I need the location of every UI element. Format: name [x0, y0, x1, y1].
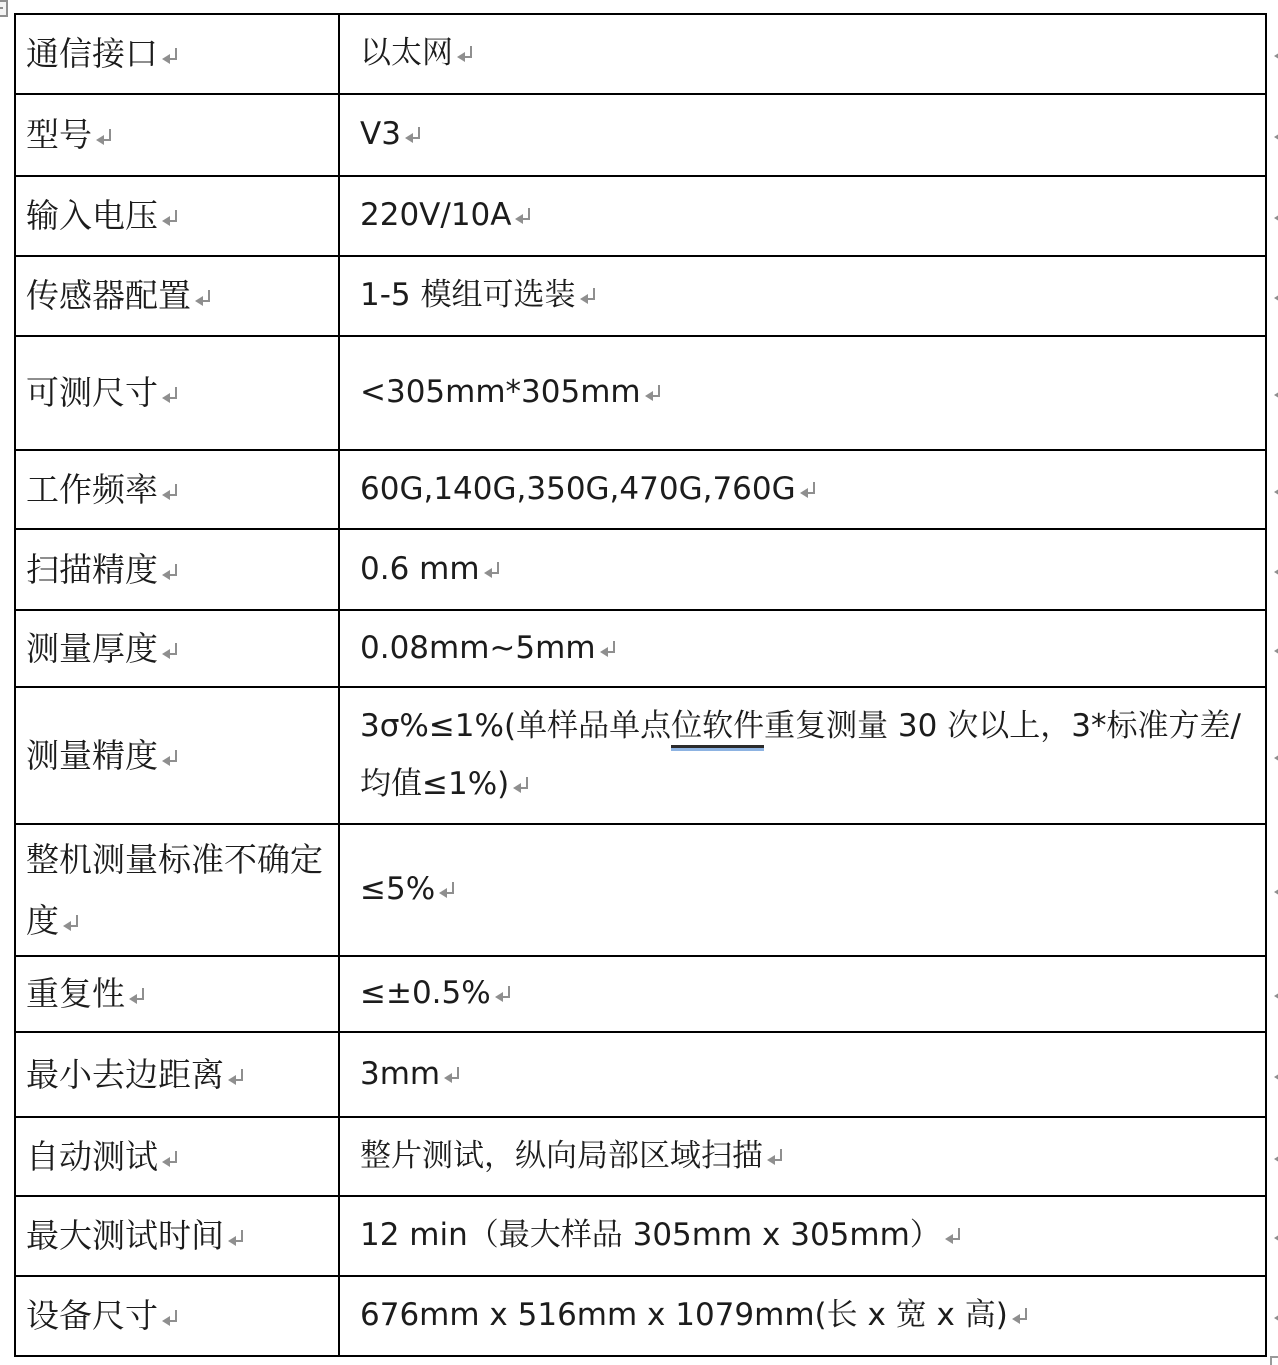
spec-value-cell[interactable]: 1-5 模组可选装 [340, 257, 1265, 335]
spec-label-cell[interactable]: 可测尺寸 [16, 337, 340, 449]
spec-table: 通信接口 以太网 型号 V3 输入电压 220V/10A 传感器配置 1-5 模… [14, 13, 1267, 1357]
spec-value-cell[interactable]: 12 min（最大样品 305mm x 305mm） [340, 1197, 1265, 1275]
spec-label: 通信接口 [26, 34, 158, 73]
spec-value-cell[interactable]: 以太网 [340, 15, 1265, 93]
table-row: 传感器配置 1-5 模组可选装 [16, 257, 1265, 337]
spec-label: 输入电压 [26, 196, 158, 235]
spec-label-cell[interactable]: 传感器配置 [16, 257, 340, 335]
spec-value: <305mm*305mm [360, 374, 641, 410]
end-of-row-mark-icon [1274, 478, 1278, 501]
spec-label-cell[interactable]: 扫描精度 [16, 530, 340, 609]
spec-label: 测量厚度 [26, 629, 158, 668]
spec-value-cell[interactable]: 3mm [340, 1033, 1265, 1116]
spec-label-cell[interactable]: 型号 [16, 95, 340, 175]
end-of-row-mark-icon [1274, 42, 1278, 65]
paragraph-mark-icon [228, 1066, 246, 1089]
spec-value: 60G,140G,350G,470G,760G [360, 471, 796, 507]
spec-value-cell[interactable]: <305mm*305mm [340, 337, 1265, 449]
spec-value: 676mm x 516mm x 1079mm(长 x 宽 x 高) [360, 1297, 1008, 1333]
paragraph-mark-icon [129, 985, 147, 1008]
paragraph-mark-icon [195, 287, 213, 310]
table-row: 测量精度 3σ%≤1%(单样品单点位软件重复测量 30 次以上，3*标准方差/均… [16, 688, 1265, 825]
paragraph-mark-icon [515, 205, 533, 228]
paragraph-mark-icon [767, 1146, 785, 1169]
spec-label-cell[interactable]: 输入电压 [16, 177, 340, 255]
spec-value-cell[interactable]: 60G,140G,350G,470G,760G [340, 451, 1265, 528]
paragraph-mark-icon [162, 561, 180, 584]
paragraph-mark-icon [457, 43, 475, 66]
spec-value-cell[interactable]: 0.08mm~5mm [340, 611, 1265, 686]
spec-value-part1: 3σ%≤1%(单样品单点 [360, 708, 671, 744]
spec-value: 以太网 [360, 35, 453, 71]
paragraph-mark-icon [162, 45, 180, 68]
spec-value: V3 [360, 116, 401, 152]
end-of-row-mark-icon [1274, 1063, 1278, 1086]
spec-label: 设备尺寸 [26, 1296, 158, 1335]
spec-label-cell[interactable]: 整机测量标准不确定度 [16, 825, 340, 955]
paragraph-mark-icon [439, 879, 457, 902]
paragraph-mark-icon [580, 285, 598, 308]
table-row: 通信接口 以太网 [16, 15, 1265, 95]
grammar-underlined-text: 位软件 [671, 708, 764, 748]
spec-value: 3mm [360, 1056, 440, 1092]
paragraph-mark-icon [405, 124, 423, 147]
spec-label-cell[interactable]: 测量厚度 [16, 611, 340, 686]
paragraph-mark-icon [162, 207, 180, 230]
paragraph-mark-icon [162, 384, 180, 407]
end-of-row-mark-icon [1274, 1304, 1278, 1327]
table-row: 输入电压 220V/10A [16, 177, 1265, 257]
spec-label: 工作频率 [26, 470, 158, 509]
spec-value-cell[interactable]: ≤5% [340, 825, 1265, 955]
spec-value-cell[interactable]: 0.6 mm [340, 530, 1265, 609]
spec-value: 1-5 模组可选装 [360, 277, 576, 313]
spec-value: ≤±0.5% [360, 975, 491, 1011]
table-row: 扫描精度 0.6 mm [16, 530, 1265, 611]
end-of-row-mark-icon [1274, 204, 1278, 227]
table-row: 自动测试 整片测试，纵向局部区域扫描 [16, 1118, 1265, 1197]
paragraph-mark-icon [162, 640, 180, 663]
end-of-row-mark-icon [1274, 982, 1278, 1005]
spec-value: 220V/10A [360, 197, 511, 233]
spec-value-cell[interactable]: ≤±0.5% [340, 957, 1265, 1031]
table-resize-handle[interactable] [1270, 1356, 1278, 1365]
paragraph-mark-icon [162, 1148, 180, 1171]
spec-label: 扫描精度 [26, 550, 158, 589]
paragraph-mark-icon [96, 126, 114, 149]
end-of-row-mark-icon [1274, 878, 1278, 901]
paragraph-mark-icon [495, 983, 513, 1006]
spec-label-cell[interactable]: 最小去边距离 [16, 1033, 340, 1116]
paragraph-mark-icon [162, 1307, 180, 1330]
paragraph-mark-icon [162, 481, 180, 504]
paragraph-mark-icon [484, 559, 502, 582]
end-of-row-mark-icon [1274, 1145, 1278, 1168]
spec-value-cell[interactable]: 整片测试，纵向局部区域扫描 [340, 1118, 1265, 1195]
spec-label: 测量精度 [26, 736, 158, 775]
spec-label: 重复性 [26, 974, 125, 1013]
end-of-row-mark-icon [1274, 284, 1278, 307]
table-row: 设备尺寸 676mm x 516mm x 1079mm(长 x 宽 x 高) [16, 1277, 1265, 1355]
spec-value-cell[interactable]: V3 [340, 95, 1265, 175]
paragraph-mark-icon [1012, 1305, 1030, 1328]
paragraph-mark-icon [444, 1064, 462, 1087]
spec-value-cell[interactable]: 220V/10A [340, 177, 1265, 255]
spec-label: 传感器配置 [26, 276, 191, 315]
table-row: 工作频率 60G,140G,350G,470G,760G [16, 451, 1265, 530]
paragraph-mark-icon [800, 479, 818, 502]
spec-value: 整片测试，纵向局部区域扫描 [360, 1138, 763, 1174]
paragraph-mark-icon [600, 638, 618, 661]
spec-label: 型号 [26, 115, 92, 154]
spec-label-cell[interactable]: 通信接口 [16, 15, 340, 93]
end-of-row-mark-icon [1274, 558, 1278, 581]
paragraph-mark-icon [645, 382, 663, 405]
spec-label: 可测尺寸 [26, 373, 158, 412]
spec-value: 12 min（最大样品 305mm x 305mm） [360, 1217, 941, 1253]
spec-label-cell[interactable]: 自动测试 [16, 1118, 340, 1195]
paragraph-mark-icon [228, 1227, 246, 1250]
table-row: 测量厚度 0.08mm~5mm [16, 611, 1265, 688]
paragraph-mark-icon [513, 774, 531, 797]
spec-value-cell[interactable]: 676mm x 516mm x 1079mm(长 x 宽 x 高) [340, 1277, 1265, 1355]
spec-label-cell[interactable]: 测量精度 [16, 688, 340, 823]
paragraph-mark-icon [162, 747, 180, 770]
spec-label-cell[interactable]: 工作频率 [16, 451, 340, 528]
spec-label-cell[interactable]: 设备尺寸 [16, 1277, 340, 1355]
table-row: 可测尺寸 <305mm*305mm [16, 337, 1265, 451]
end-of-row-mark-icon [1274, 123, 1278, 146]
spec-value: ≤5% [360, 871, 435, 907]
table-row: 最小去边距离 3mm [16, 1033, 1265, 1118]
spec-label-cell[interactable]: 重复性 [16, 957, 340, 1031]
word-document-page: { "document": { "kind": "device specific… [0, 0, 1278, 1365]
end-of-row-mark-icon [1274, 637, 1278, 660]
paragraph-mark-icon [945, 1225, 963, 1248]
spec-value-cell[interactable]: 3σ%≤1%(单样品单点位软件重复测量 30 次以上，3*标准方差/均值≤1%) [340, 688, 1265, 823]
table-move-handle[interactable] [0, 0, 8, 17]
table-row: 最大测试时间 12 min（最大样品 305mm x 305mm） [16, 1197, 1265, 1277]
end-of-row-mark-icon [1274, 381, 1278, 404]
spec-label: 自动测试 [26, 1137, 158, 1176]
spec-value: 0.08mm~5mm [360, 630, 596, 666]
end-of-row-mark-icon [1274, 1224, 1278, 1247]
spec-label: 最大测试时间 [26, 1216, 224, 1255]
table-row: 整机测量标准不确定度 ≤5% [16, 825, 1265, 957]
spec-value: 0.6 mm [360, 551, 480, 587]
spec-label-cell[interactable]: 最大测试时间 [16, 1197, 340, 1275]
table-row: 型号 V3 [16, 95, 1265, 177]
table-row: 重复性 ≤±0.5% [16, 957, 1265, 1033]
spec-label: 最小去边距离 [26, 1055, 224, 1094]
paragraph-mark-icon [63, 912, 81, 935]
end-of-row-mark-icon [1274, 744, 1278, 767]
